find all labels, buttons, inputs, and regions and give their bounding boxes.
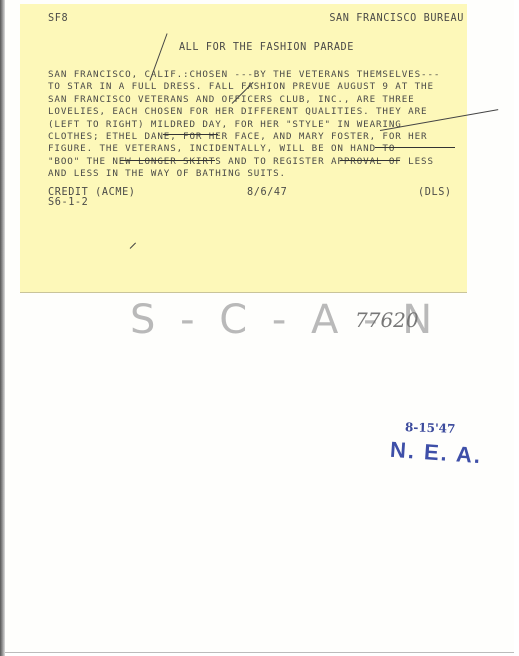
caption-code: SF8 <box>48 13 68 24</box>
handwritten-number: 77620 <box>355 308 419 332</box>
stamp-date: 8-15'47 <box>405 420 456 436</box>
name-underline <box>375 147 455 148</box>
caption-line: "BOO" THE NEW LONGER SKIRTS AND TO REGIS… <box>48 156 434 167</box>
caption-line: (LEFT TO RIGHT) MILDRED DAY, FOR HER "ST… <box>48 119 402 130</box>
caption-date: 8/6/47 <box>247 187 287 198</box>
name-underline <box>340 160 400 161</box>
caption-line: FIGURE. THE VETERANS, INCIDENTALLY, WILL… <box>48 143 395 154</box>
name-underline <box>120 160 215 161</box>
headline: ALL FOR THE FASHION PARADE <box>0 42 519 53</box>
caption-line: CLOTHES; ETHEL DANE, FOR HER FACE, AND M… <box>48 131 427 142</box>
caption-line: TO STAR IN A FULL DRESS. FALL FASHION PR… <box>48 81 434 92</box>
caption-line: LOVELIES, EACH CHOSEN FOR HER DIFFERENT … <box>48 106 427 117</box>
name-underline <box>163 134 218 135</box>
caption-line: AND LESS IN THE WAY OF BATHING SUITS. <box>48 168 286 179</box>
bureau-name: SAN FRANCISCO BUREAU <box>329 13 464 24</box>
caption-line: SAN FRANCISCO, CALIF.:CHOSEN ---BY THE V… <box>48 69 440 80</box>
author-initials: (DLS) <box>418 187 452 198</box>
file-code: S6-1-2 <box>48 197 88 208</box>
